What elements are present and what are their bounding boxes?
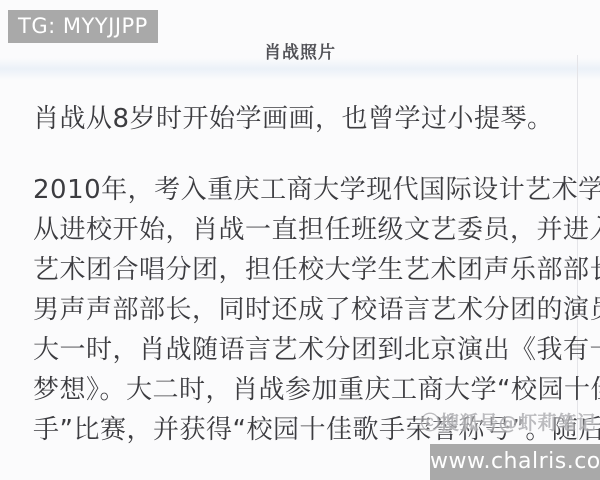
text-line: 男声声部部长，同时还成了校语言艺术分团的演员。 (33, 290, 573, 330)
article-title: 肖战照片 (0, 38, 600, 63)
intro-paragraph: 肖战从8岁时开始学画画，也曾学过小提琴。 (33, 98, 573, 135)
text-line: 从进校开始，肖战一直担任班级文艺委员，并进入校 (33, 210, 573, 250)
text-line: 2010年，考入重庆工商大学现代国际设计艺术学院。 (33, 170, 573, 210)
website-watermark-banner: www.chalris.com (430, 444, 600, 480)
souhu-account-watermark: ⓒ搜狐号@虾莉笔记 (420, 408, 596, 435)
text-line: 大一时，肖战随语言艺术分团到北京演出《我有一个 (33, 330, 573, 370)
text-line: 梦想》。大二时，肖战参加重庆工商大学“校园十佳歌 (33, 370, 573, 410)
text-line: 艺术团合唱分团，担任校大学生艺术团声乐部部长、 (33, 250, 573, 290)
